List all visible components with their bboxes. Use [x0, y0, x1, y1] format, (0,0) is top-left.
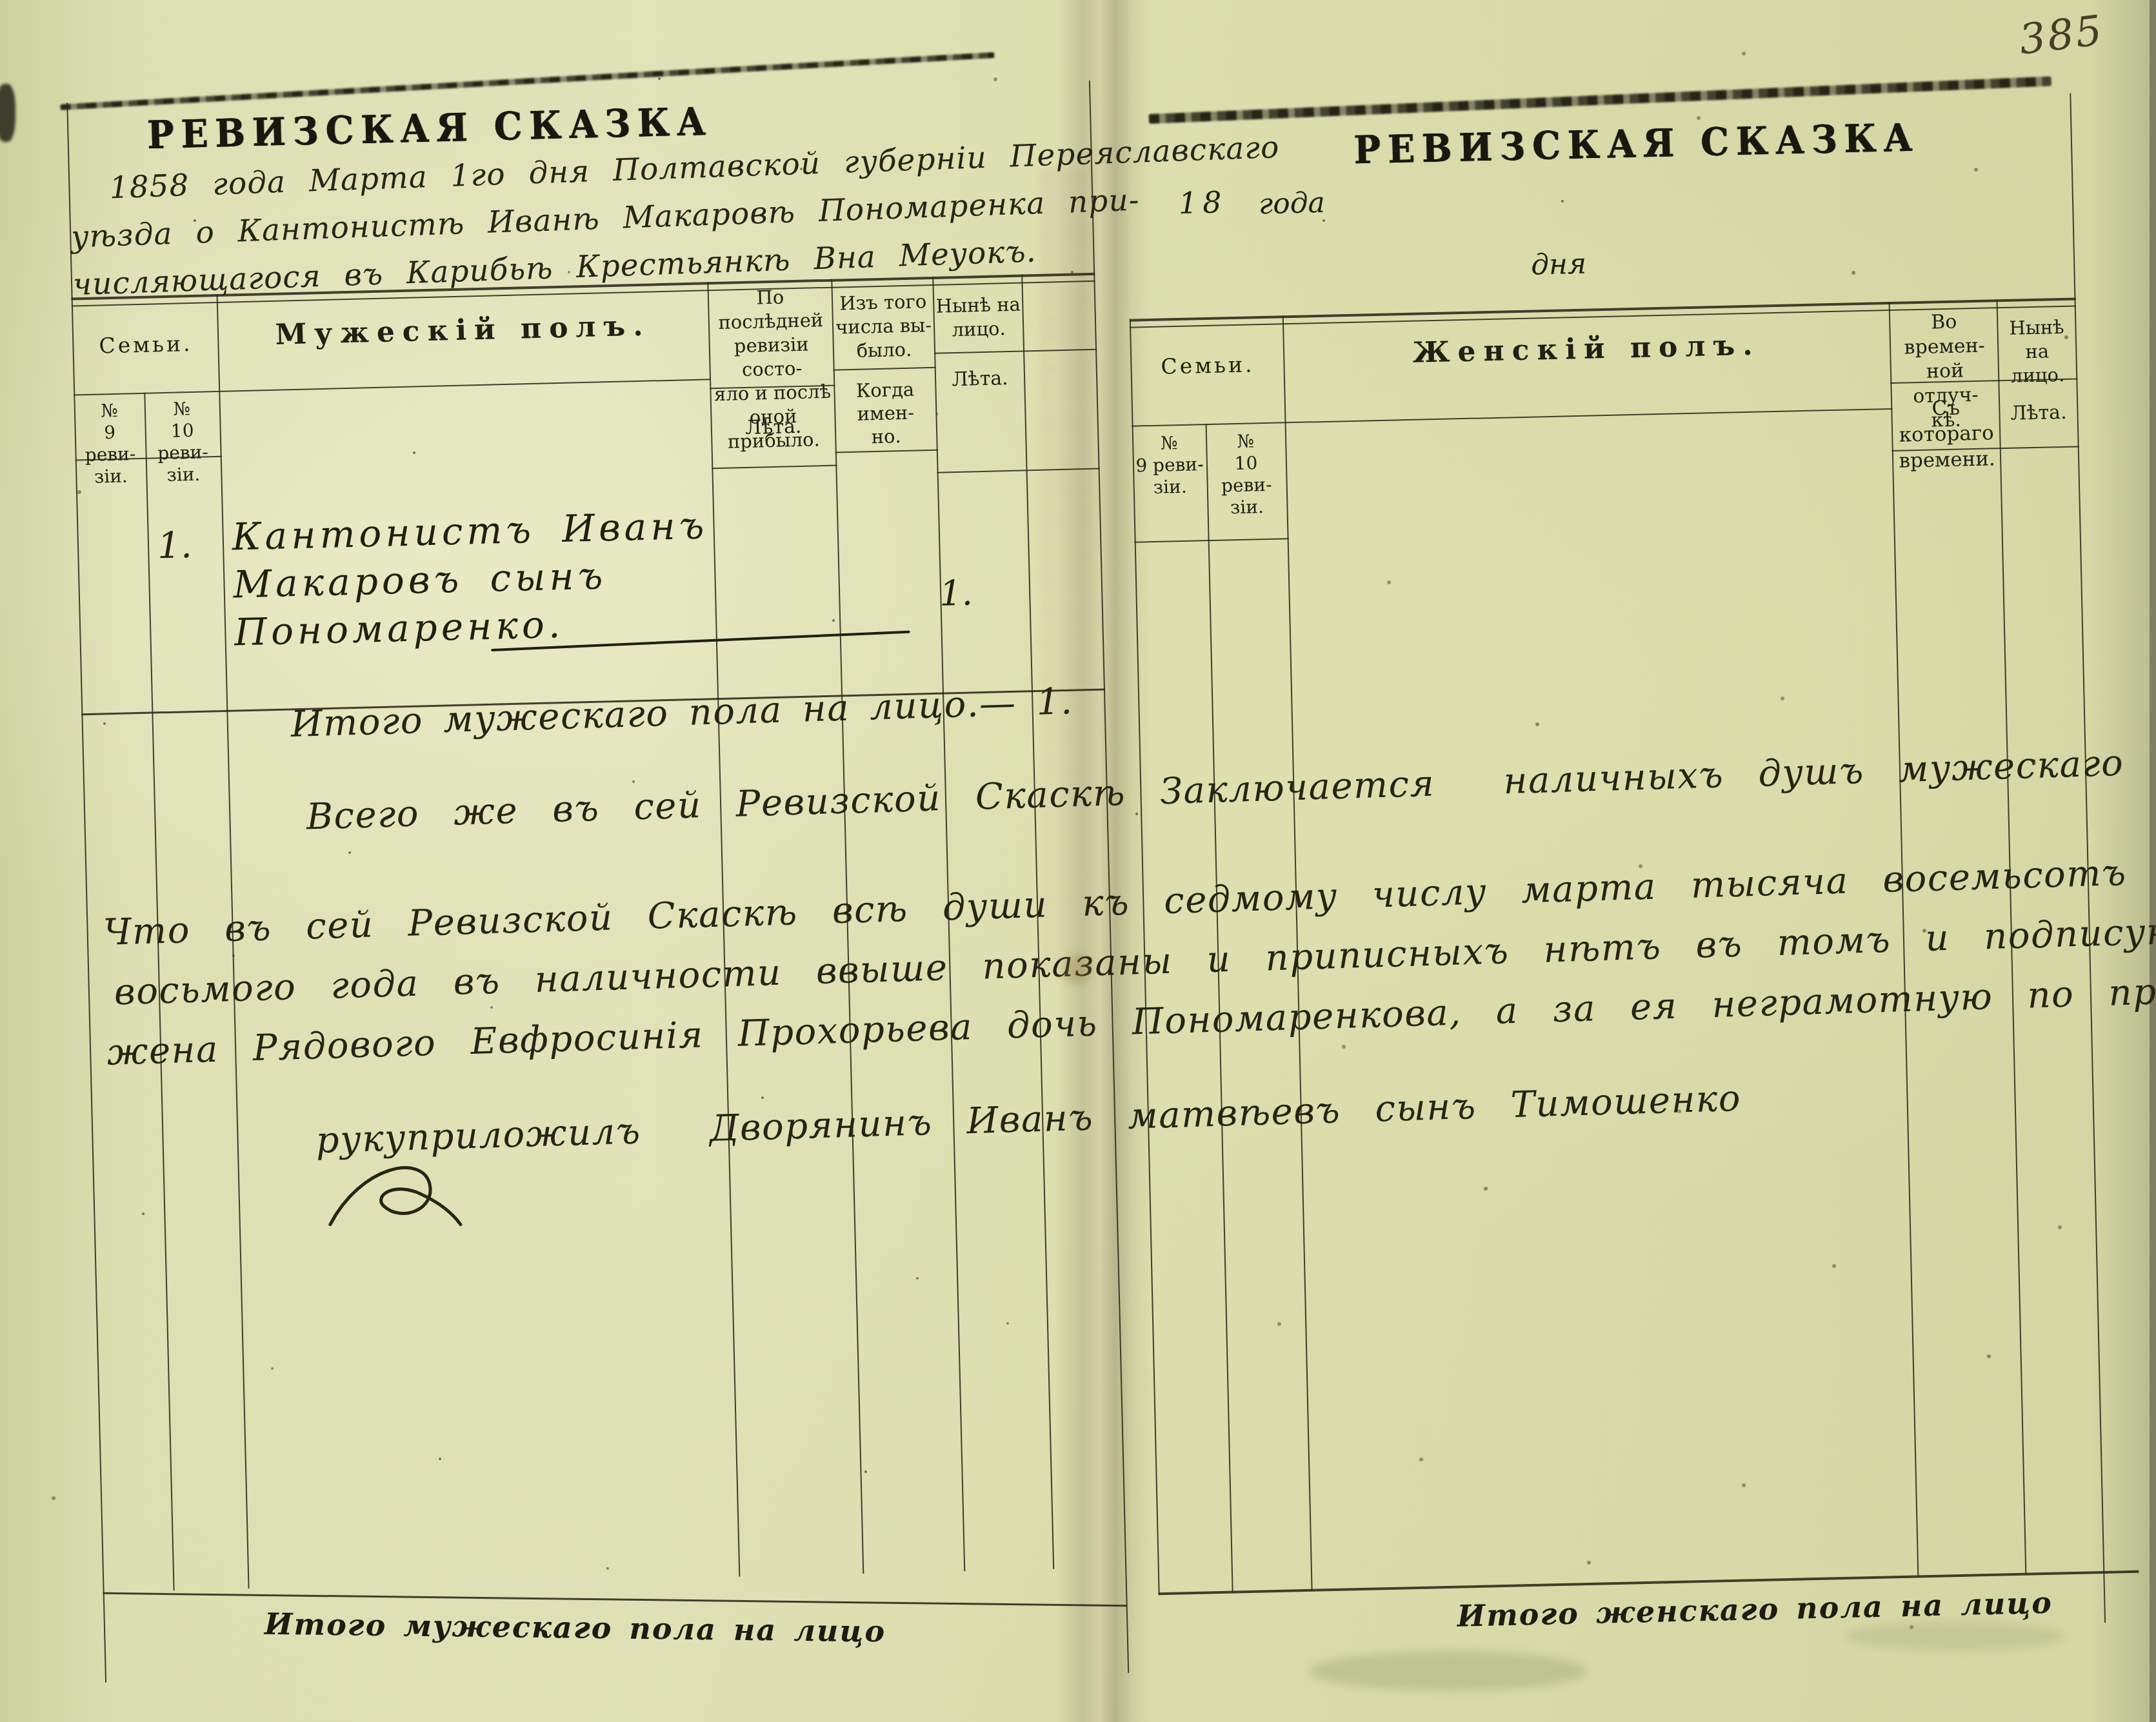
header-departed: Изъ того числа вы- было.: [834, 290, 933, 364]
paper-blemish: [1064, 955, 1090, 984]
ink-bleed-stain: [1310, 1651, 1587, 1691]
grid-line: [934, 349, 1097, 354]
page-number: 385: [2017, 6, 2106, 64]
grid-line: [1135, 538, 1289, 542]
subheader-since-when: Съ котораго времени.: [1893, 394, 2000, 474]
grid-line: [1132, 408, 1893, 427]
footer-rule: [103, 1592, 1127, 1607]
paper-specks: [0, 0, 4, 4]
subheader-revision10: № 10 реви- зіи.: [1207, 430, 1286, 519]
subheader-years-present: Лѣта.: [937, 366, 1023, 391]
subheader-years: Лѣта.: [2001, 401, 2076, 425]
signature-flourish: [321, 1157, 471, 1239]
grid-line: [835, 450, 938, 453]
grid-line: [937, 468, 1100, 473]
grid-line: [833, 367, 936, 371]
right-page-title: РЕВИЗСКАЯ СКАЗКА: [1313, 114, 1959, 173]
closing-signature-text: рукуприложилъ Дворянинъ Иванъ матвѣевъ с…: [315, 1078, 1742, 1162]
grid-line: [74, 379, 711, 395]
document-scan: РЕВИЗСКАЯ СКАЗКА 1858 года Марта 1го дня…: [0, 0, 2156, 1722]
left-page-top-edge: [60, 52, 994, 110]
form-year-label: года: [1258, 186, 1325, 221]
form-year-prefix: 18: [1178, 184, 1227, 221]
form-day-label: дня: [1531, 248, 1587, 282]
header-family: Семьи.: [1130, 351, 1285, 379]
subheader-revision9: № 9 реви- зіи.: [1133, 431, 1206, 499]
entry-name: Кантонистъ Иванъ Макаровъ сынъ Пономарен…: [232, 501, 712, 656]
grid-line: [712, 465, 837, 470]
closing-line-text: Всего же въ сей Ревизской Скаскѣ Заключа…: [306, 737, 2156, 838]
header-now-present: Нынѣ на лицо.: [1999, 315, 2075, 389]
closing-text-block: Итого мужескаго пола на лицо.— 1. Всего …: [97, 653, 2003, 1287]
subheader-revision10: № 10 реви- зіи.: [145, 397, 219, 487]
subheader-revision9: № 9 реви- зіи.: [75, 399, 145, 489]
entry-present-age: 1.: [939, 572, 973, 613]
subheader-when-exactly: Когда имен- но.: [836, 377, 935, 450]
header-family: Семьи.: [72, 330, 219, 359]
left-page-intro: 1858 года Марта 1го дня Полтавской губер…: [69, 132, 1054, 309]
left-edge-ink-blob: [0, 84, 15, 142]
subheader-years-arrived: Лѣта.: [713, 415, 833, 440]
header-female-sex: Женскій полъ.: [1283, 326, 1890, 372]
ink-bleed-stain: [1845, 1622, 2064, 1650]
left-footer-label: Итого мужескаго пола на лицо: [265, 1607, 897, 1649]
header-male-sex: Мужескій полъ.: [217, 308, 709, 353]
entry-family-number: 1.: [157, 524, 192, 567]
header-now-present: Нынѣ на лицо.: [935, 293, 1022, 342]
